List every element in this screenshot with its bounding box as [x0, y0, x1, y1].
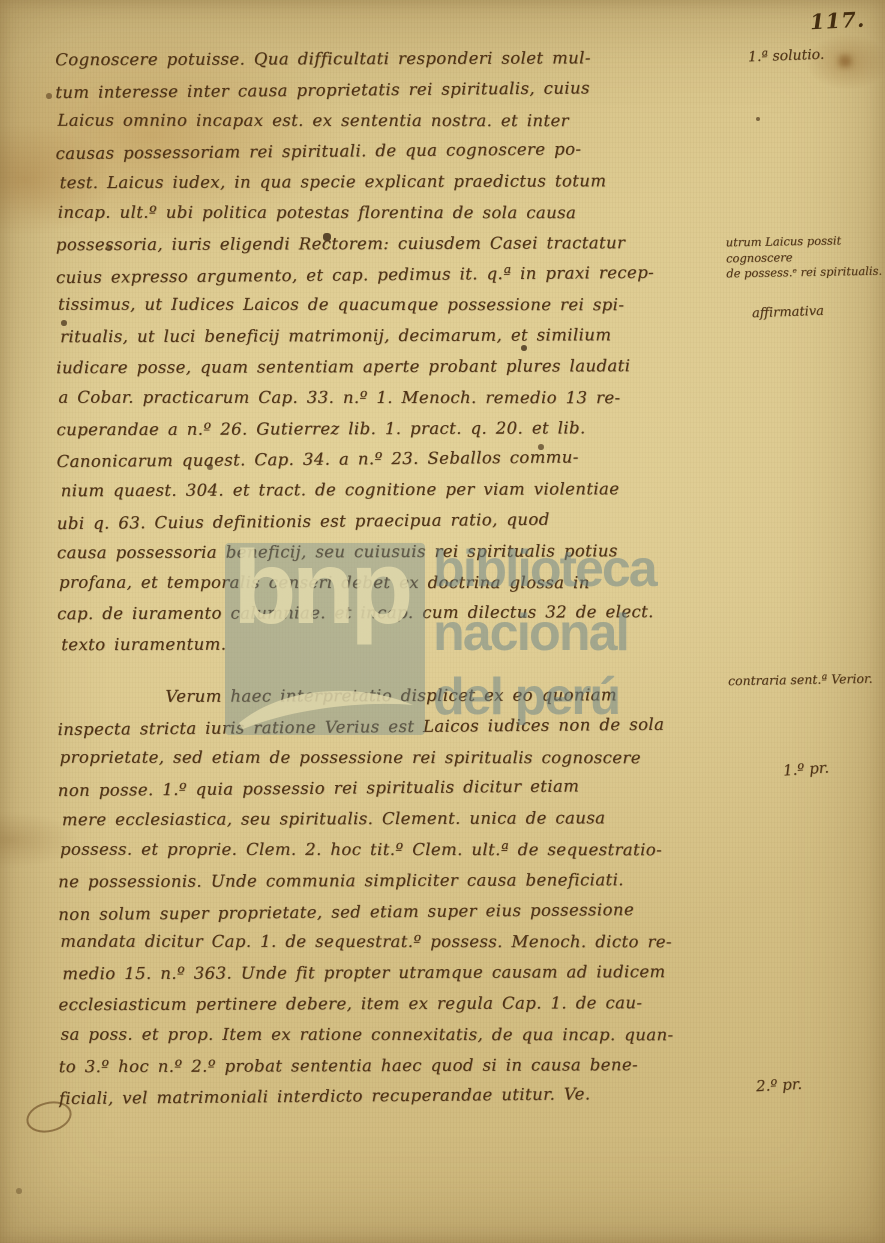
manuscript-line: cuius expresso argumento, et cap. pedimu…	[56, 257, 751, 294]
bnp-watermark: bnp biblioteca nacional del perú	[225, 543, 677, 739]
manuscript-line: ubi q. 63. Cuius definitionis est praeci…	[57, 503, 752, 540]
manuscript-line: possessoria, iuris eligendi Rectorem: cu…	[56, 228, 751, 261]
manuscript-line: a Cobar. practicarum Cap. 33. n.º 1. Men…	[58, 382, 753, 413]
manuscript-line: test. Laicus iudex, in qua specie explic…	[60, 166, 755, 199]
margin-note-utrum-line1: utrum Laicus possit cognoscere	[726, 233, 885, 267]
manuscript-line: tum interesse inter causa proprietatis r…	[55, 72, 750, 109]
manuscript-line: medio 15. n.º 363. Unde fit propter utra…	[62, 957, 757, 990]
margin-note-secundo: 2.º pr.	[756, 1075, 803, 1095]
manuscript-line: nium quaest. 304. et tract. de cognition…	[61, 474, 756, 507]
bnp-logo-letters: bnp	[233, 543, 409, 648]
folio-number: 117.	[809, 7, 865, 35]
manuscript-line: Cognoscere potuisse. Qua difficultati re…	[55, 43, 750, 76]
margin-note-utrum: utrum Laicus possit cognoscere de posses…	[726, 233, 885, 282]
manuscript-line: mere ecclesiastica, seu spiritualis. Cle…	[62, 803, 757, 836]
margin-note-contraria: contraria sent.ª Verior.	[728, 671, 873, 689]
bnp-watermark-text: biblioteca nacional del perú	[433, 543, 656, 729]
paragraph-2: Verum haec interpretatio displicet ex eo…	[57, 680, 754, 1114]
ink-specks	[0, 0, 2, 2]
manuscript-line: Laicus omnino incapax est. ex sententia …	[57, 105, 752, 136]
manuscript-line: mandata dicitur Cap. 1. de sequestrat.º …	[60, 927, 755, 958]
manuscript-line: ficiali, vel matrimoniali interdicto rec…	[59, 1078, 754, 1115]
manuscript-line: iudicare posse, quam sententiam aperte p…	[56, 351, 751, 384]
manuscript-line: proprietate, sed etiam de possessione re…	[60, 742, 755, 773]
manuscript-line: non solum super proprietate, sed etiam s…	[58, 893, 753, 930]
bnp-watermark-line3: del perú	[433, 665, 656, 729]
manuscript-line: cuperandae a n.º 26. Gutierrez lib. 1. p…	[56, 412, 751, 445]
margin-note-primo: 1.º pr.	[782, 758, 829, 779]
manuscript-line: non posse. 1.º quia possessio rei spirit…	[58, 770, 753, 807]
margin-note-solutio: 1.ª solutio.	[748, 47, 825, 66]
bnp-swoosh-icon	[233, 675, 417, 731]
bnp-logo: bnp	[225, 543, 425, 735]
manuscript-line: tissimus, ut Iudices Laicos de quacumque…	[58, 290, 753, 321]
manuscript-line: incap. ult.º ubi politica potestas flore…	[58, 198, 753, 229]
manuscript-line: possess. et proprie. Clem. 2. hoc tit.º …	[60, 835, 755, 866]
bnp-watermark-line2: nacional	[433, 601, 656, 665]
manuscript-line: causas possessoriam rei spirituali. de q…	[55, 133, 750, 170]
margin-note-utrum-line2: de possess.ᵉ rei spiritualis.	[726, 264, 884, 282]
manuscript-line: ecclesiasticum pertinere debere, item ex…	[58, 988, 753, 1021]
manuscript-line: ne possessionis. Unde communia simplicit…	[58, 865, 753, 898]
manuscript-line: ritualis, ut luci beneficij matrimonij, …	[60, 320, 755, 353]
manuscript-page: 117. Cognoscere potuisse. Qua difficulta…	[0, 0, 885, 1243]
manuscript-line: sa poss. et prop. Item ex ratione connex…	[61, 1019, 756, 1050]
bnp-watermark-line1: biblioteca	[433, 543, 656, 601]
manuscript-line: Canonicarum quaest. Cap. 34. a n.º 23. S…	[56, 441, 751, 478]
manuscript-line: to 3.º hoc n.º 2.º probat sententia haec…	[59, 1049, 754, 1082]
margin-note-affirmativa: affirmativa	[752, 304, 824, 321]
